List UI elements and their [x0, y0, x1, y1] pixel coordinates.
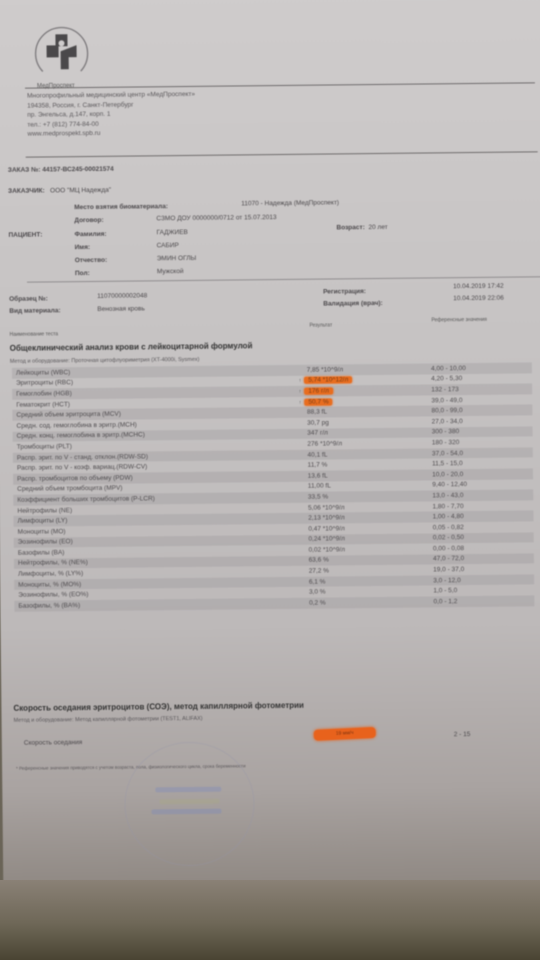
customer-label: ЗАКАЗЧИК: — [8, 187, 45, 194]
order-label: ЗАКАЗ №: — [8, 167, 41, 174]
stamp-text-line — [159, 799, 219, 805]
result-value: 30,7 pg — [307, 419, 329, 426]
result-value: 27,2 % — [309, 568, 329, 575]
result-value: 347 г/л — [307, 430, 328, 437]
sample-number-value: 11070000002048 — [97, 292, 147, 300]
patronymic-label: Отчество: — [75, 257, 107, 264]
registration-value: 10.04.2019 17:42 — [453, 283, 504, 291]
org-name: Многопрофильный медицинский центр «МедПр… — [27, 90, 195, 101]
name-label: Имя: — [75, 244, 91, 251]
patient-label: ПАЦИЕНТ: — [8, 232, 42, 239]
validation-value: 10.04.2019 22:06 — [453, 295, 504, 303]
validation-label: Валидация (врач): — [323, 300, 383, 308]
age-label: Возраст: — [336, 224, 364, 231]
contract-value: СЗМО ДОУ 0000000/0712 от 15.07.2013 — [156, 214, 276, 222]
patronymic-value: ЭМИН ОГЛЫ — [157, 255, 197, 262]
surname-value: ГАДЖИЕВ — [156, 229, 187, 236]
result-value: 0,47 *10^9/л — [308, 525, 345, 532]
customer: ЗАКАЗЧИК: ООО "МЦ Надежда" — [8, 187, 111, 195]
result-value: 11,00 fL — [308, 483, 331, 490]
result-value-highlighted: 5,74 *10^12/л — [304, 377, 352, 385]
result-value-highlighted: 176 г/л — [304, 387, 333, 394]
result-value: 13,6 fL — [308, 472, 328, 479]
result-value: 6,1 % — [309, 578, 326, 585]
age-value: 20 лет — [368, 224, 387, 231]
cbc-method: Метод и оборудование: Проточная цитофлуо… — [10, 357, 200, 365]
lab-report-page: МедПроспект Многопрофильный медицинский … — [0, 0, 540, 901]
result-value: 3,0 % — [309, 589, 326, 596]
order-number: ЗАКАЗ №: 44157-ВС245-00021574 — [8, 166, 114, 174]
order-number-value: 44157-ВС245-00021574 — [42, 166, 113, 174]
contract-label: Договор: — [74, 217, 103, 224]
round-stamp-icon — [124, 741, 255, 866]
esr-section-title: Скорость оседания эритроцитов (СОЭ), мет… — [13, 701, 304, 713]
sex-label: Пол: — [75, 270, 90, 277]
esr-row-name: Скорость оседания — [24, 739, 82, 747]
test-result: 0,2 % — [305, 597, 430, 609]
result-value: 0,2 % — [309, 599, 326, 606]
column-header-result: Результат — [309, 322, 332, 328]
reference-range: 0,0 - 1,2 — [429, 595, 534, 607]
org-website: www.medprospekt.spb.ru — [27, 128, 195, 139]
medical-cross-logo-icon — [30, 21, 93, 84]
customer-value: ООО "МЦ Надежда" — [50, 187, 111, 195]
test-name: Базофилы, % (BA%) — [14, 598, 305, 612]
abnormal-flag-icon: ↑ — [299, 389, 302, 395]
result-value-highlighted: 50,7 % — [304, 398, 332, 405]
result-value: 63,6 % — [309, 557, 329, 564]
abnormal-flag-icon: ↑ — [299, 378, 302, 384]
stamp-text-line — [152, 809, 222, 815]
result-value: 11,7 % — [308, 462, 328, 469]
result-value: 7,85 *10^9/л — [307, 366, 344, 373]
organization-info: Многопрофильный медицинский центр «МедПр… — [27, 90, 195, 139]
background-surface — [0, 880, 540, 960]
result-value: 0,02 *10^9/л — [308, 546, 345, 553]
divider — [27, 276, 540, 282]
result-value: 2,13 *10^9/л — [308, 514, 345, 521]
cbc-results-table: Лейкоциты (WBC)7,85 *10^9/л4,00 - 10,00Э… — [12, 362, 535, 611]
collection-place-value: 11070 - Надежда (МедПроспект) — [241, 199, 339, 207]
material-label: Вид материала: — [9, 307, 60, 315]
abnormal-flag-icon: ↑ — [299, 399, 302, 405]
registration-label: Регистрация: — [323, 288, 366, 295]
result-value: 88,3 fL — [307, 409, 327, 416]
esr-value-highlighted: 19 мм/ч — [314, 727, 376, 741]
sex-value: Мужской — [157, 268, 184, 275]
collection-place-label: Место взятия биоматериала: — [74, 203, 168, 211]
cbc-section-title: Общеклинический анализ крови с лейкоцита… — [10, 341, 253, 353]
result-value: 276 *10^9/л — [307, 440, 342, 447]
result-value: 5,06 *10^9/л — [308, 504, 345, 511]
divider — [25, 82, 535, 88]
stamp-text-line — [155, 787, 221, 793]
surname-label: Фамилия: — [74, 231, 106, 238]
column-header-reference: Референсные значения — [431, 317, 487, 324]
name-value: САБИР — [157, 242, 179, 249]
result-value: 40,1 fL — [307, 451, 327, 458]
material-value: Венозная кровь — [97, 305, 145, 312]
esr-method: Метод и оборудование: Метод капиллярной … — [14, 716, 203, 724]
divider — [26, 151, 538, 157]
esr-reference: 2 - 15 — [454, 731, 471, 738]
column-header-name: Наименование теста — [10, 331, 59, 338]
result-value: 0,24 *10^9/л — [308, 536, 345, 543]
result-value: 33,5 % — [308, 493, 328, 500]
sample-number-label: Образец №: — [9, 295, 48, 302]
